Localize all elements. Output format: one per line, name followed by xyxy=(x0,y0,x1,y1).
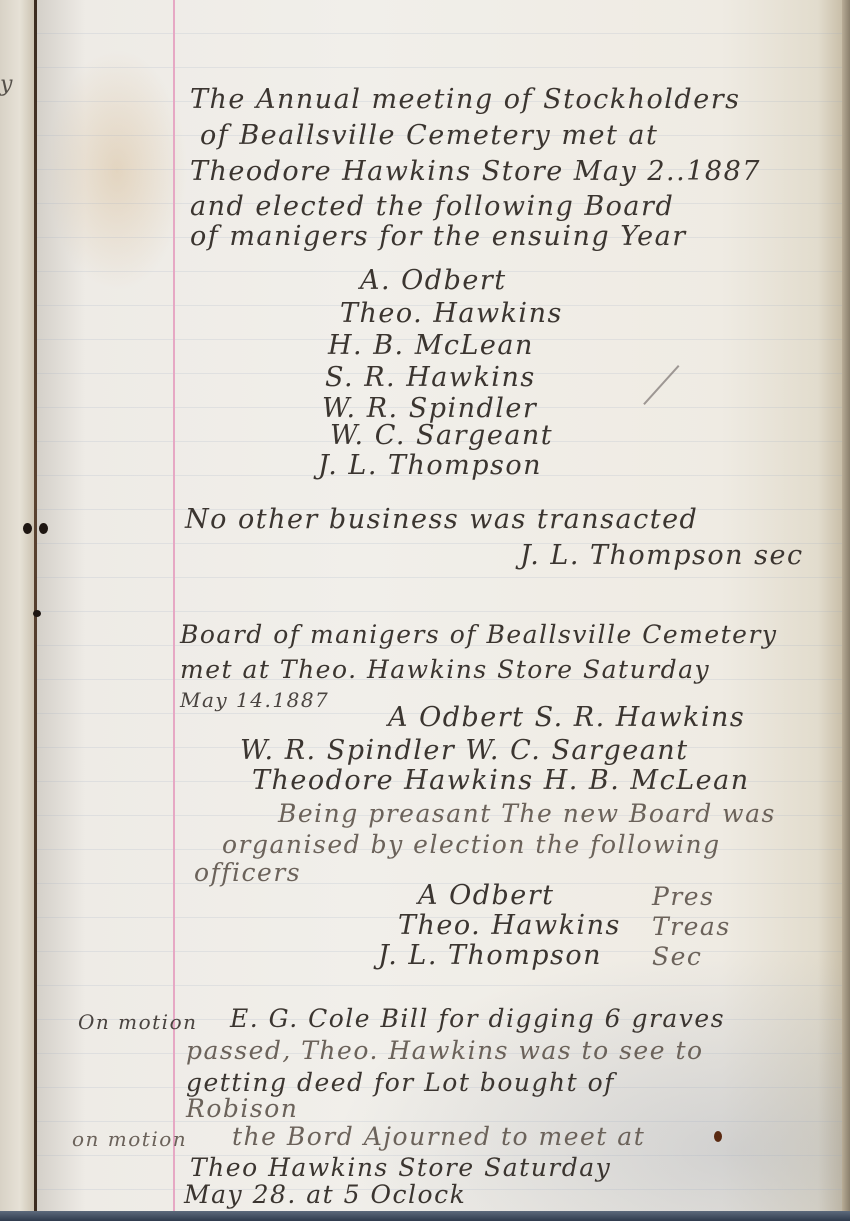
motion-line: getting deed for Lot bought of xyxy=(186,1068,615,1097)
manager-name: S. R. Hawkins xyxy=(325,362,536,393)
motion-line: Theo Hawkins Store Saturday xyxy=(190,1153,611,1182)
entry1-closing: No other business was transacted xyxy=(185,504,698,535)
manager-name: W. C. Sargeant xyxy=(330,420,553,451)
entry2-line: Board of manigers of Beallsville Cemeter… xyxy=(180,620,778,649)
binding-hole xyxy=(33,610,41,617)
motion-line: Robison xyxy=(186,1094,298,1123)
officer-name: Theo. Hawkins xyxy=(398,910,621,941)
secretary-signature: J. L. Thompson sec xyxy=(520,540,804,571)
entry1-line: and elected the following Board xyxy=(190,191,674,222)
manager-name: Theo. Hawkins xyxy=(340,298,563,329)
entry2-body-line: Being preasant The new Board was xyxy=(278,799,776,828)
officer-title: Sec xyxy=(652,942,702,971)
entry1-line: Theodore Hawkins Store May 2..1887 xyxy=(190,156,761,187)
officer-name: J. L. Thompson xyxy=(378,940,602,971)
page-edge-bottom xyxy=(0,1211,850,1221)
entry2-line: met at Theo. Hawkins Store Saturday xyxy=(180,655,710,684)
page-edge-right xyxy=(842,0,850,1221)
motion-label: on motion xyxy=(72,1127,187,1151)
binding-hole xyxy=(39,523,48,534)
officer-title: Pres xyxy=(652,882,714,911)
motion-line: the Bord Ajourned to meet at xyxy=(232,1122,645,1151)
motion-line: passed, Theo. Hawkins was to see to xyxy=(186,1036,704,1065)
motion-line: E. G. Cole Bill for digging 6 graves xyxy=(230,1004,725,1033)
entry2-body-line: organised by election the following xyxy=(222,830,721,859)
entry1-line: of manigers for the ensuing Year xyxy=(190,221,687,252)
ledger-scan: y The Annual meeting of Stockholders of … xyxy=(0,0,850,1221)
entry1-line: The Annual meeting of Stockholders xyxy=(190,84,740,115)
present-line: W. R. Spindler W. C. Sargeant xyxy=(240,735,689,766)
previous-page-edge: y xyxy=(0,0,36,1221)
manager-name: H. B. McLean xyxy=(328,330,534,361)
entry2-body-line: officers xyxy=(194,858,301,887)
present-line: A Odbert S. R. Hawkins xyxy=(388,702,745,733)
ink-blot xyxy=(714,1131,722,1142)
present-line: Theodore Hawkins H. B. McLean xyxy=(252,765,750,796)
officer-name: A Odbert xyxy=(418,880,555,911)
officer-title: Treas xyxy=(652,912,731,941)
binding-hole xyxy=(23,523,32,534)
motion-line: May 28. at 5 Oclock xyxy=(184,1180,466,1209)
manager-name: A. Odbert xyxy=(360,265,507,296)
motion-label: On motion xyxy=(78,1010,198,1034)
entry2-date: May 14.1887 xyxy=(180,688,329,712)
manager-name: J. L. Thompson xyxy=(318,450,542,481)
entry1-line: of Beallsville Cemetery met at xyxy=(200,120,658,151)
previous-page-fragment: y xyxy=(0,72,12,97)
